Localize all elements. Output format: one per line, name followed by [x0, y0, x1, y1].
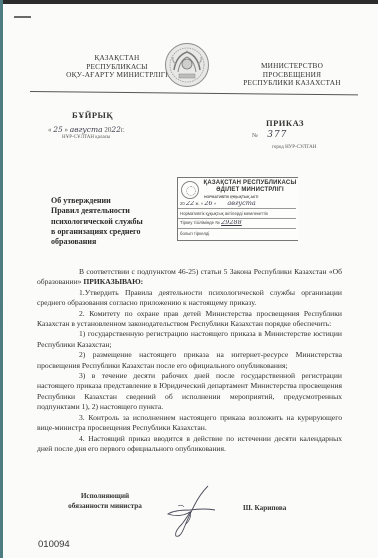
- title-line: Правил деятельности: [51, 206, 171, 216]
- stamp-date-sep: »: [214, 201, 216, 206]
- number-label: №: [252, 133, 258, 139]
- body-paragraph: 2. Комитету по охране прав детей Министе…: [37, 309, 342, 330]
- stamp-title-line: ҚАЗАҚСТАН РЕСПУБЛИКАСЫ: [202, 180, 298, 187]
- position-line: Исполняющий: [60, 491, 150, 501]
- date-year: 22: [111, 125, 121, 134]
- body-subparagraph: 1) государственную регистрацию настоящег…: [37, 329, 342, 350]
- order-title-kz: БҰЙРЫҚ: [72, 110, 113, 120]
- stamp-title-line: ӘДІЛЕТ МИНИСТРЛІГІ: [202, 187, 298, 194]
- document-code: 010094: [38, 539, 70, 550]
- body-intro: В соответствии с подпунктом 46-25) стать…: [37, 267, 342, 288]
- state-emblem-icon: [164, 42, 210, 88]
- header-ru: МИНИСТЕРСТВО ПРОСВЕЩЕНИЯ РЕСПУБЛИКИ КАЗА…: [232, 62, 352, 88]
- number-value: 377: [267, 130, 287, 140]
- title-line: в организациях среднего: [51, 227, 171, 237]
- body-paragraph: 3. Контроль за исполнением настоящего пр…: [37, 413, 342, 434]
- header-divider: [30, 91, 358, 95]
- order-word: ПРИКАЗЫВАЮ:: [83, 277, 143, 286]
- position-line: обязанности министра: [60, 501, 150, 511]
- date-year-suffix: г.: [121, 126, 125, 134]
- scan-left-border: [0, 0, 3, 558]
- stamp-reg-label: Тіркеу тізілімінде №: [180, 220, 220, 225]
- stamp-date-day: 26: [204, 201, 212, 207]
- stamp-registered: болып тіркелді: [180, 231, 296, 237]
- margin-stamp-text: · · · · · · · · · · · ·: [5, 262, 11, 332]
- header-kz: ҚАЗАҚСТАН РЕСПУБЛИКАСЫ ОҚУ-АҒАРТУ МИНИСТ…: [62, 54, 172, 80]
- header-ru-line: РЕСПУБЛИКИ КАЗАХСТАН: [232, 79, 352, 88]
- stamp-date-month: августа: [227, 201, 255, 207]
- title-line: Об утверждении: [51, 196, 171, 206]
- city-kz: НҰР-СҰЛТАН қаласы: [62, 135, 110, 140]
- date-sep: »: [65, 126, 69, 134]
- stamp-reg-value: 29288: [221, 220, 242, 226]
- stamp-date: 20 22 ж. « 26 » августа: [180, 201, 296, 207]
- stamp-emblem-icon: [181, 181, 199, 199]
- stamp-date-sep: ж. «: [195, 201, 203, 206]
- stamp-divider: [178, 228, 296, 229]
- registration-stamp: ҚАЗАҚСТАН РЕСПУБЛИКАСЫ ӘДІЛЕТ МИНИСТРЛІГ…: [177, 177, 298, 241]
- stamp-title: ҚАЗАҚСТАН РЕСПУБЛИКАСЫ ӘДІЛЕТ МИНИСТРЛІГ…: [202, 180, 298, 194]
- date-prefix: «: [48, 126, 52, 134]
- signatory-name: Ш. Карипова: [243, 504, 286, 512]
- order-number: № 377: [252, 130, 287, 140]
- body-subparagraph: 3) в течение десяти рабочих дней после г…: [37, 371, 342, 413]
- title-line: образования: [51, 237, 171, 247]
- document-title: Об утверждении Правил деятельности психо…: [51, 196, 171, 247]
- stamp-reg-number: Тіркеу тізілімінде № 29288: [180, 220, 296, 226]
- body-subparagraph: 2) размещение настоящего приказа на инте…: [37, 350, 342, 371]
- body-paragraph: 4. Настоящий приказ вводится в действие …: [37, 434, 342, 455]
- stamp-date-prefix: 20: [180, 201, 185, 206]
- order-date: « 25 » августа 2022г.: [48, 125, 125, 134]
- body-paragraph: 1.Утвердить Правила деятельности психоло…: [37, 288, 342, 309]
- order-title-ru: ПРИКАЗ: [266, 118, 304, 128]
- stamp-divider: [178, 208, 296, 209]
- document-body: В соответствии с подпунктом 46-25) стать…: [37, 267, 342, 454]
- signatory-position: Исполняющий обязанности министра: [60, 491, 150, 511]
- title-line: психологической службы: [51, 217, 171, 227]
- stamp-divider: [178, 218, 296, 219]
- city-ru: город НУР-СУЛТАН: [272, 145, 316, 150]
- scan-mark: [14, 16, 31, 18]
- stamp-date-year: 22: [186, 201, 194, 207]
- header-kz-line: ОҚУ-АҒАРТУ МИНИСТРЛІГІ: [62, 71, 172, 80]
- handwritten-signature-icon: [160, 484, 230, 544]
- stamp-subtitle: НОРМАТИВТІК ҚҰҚЫҚТЫҚ АКТІ: [204, 195, 258, 199]
- date-day: 25: [53, 125, 63, 134]
- date-month: августа: [70, 125, 103, 134]
- scan-top-border: [0, 0, 378, 4]
- stamp-registry-line: Нормативтік құқықтық актілерді мемлекетт…: [180, 211, 296, 217]
